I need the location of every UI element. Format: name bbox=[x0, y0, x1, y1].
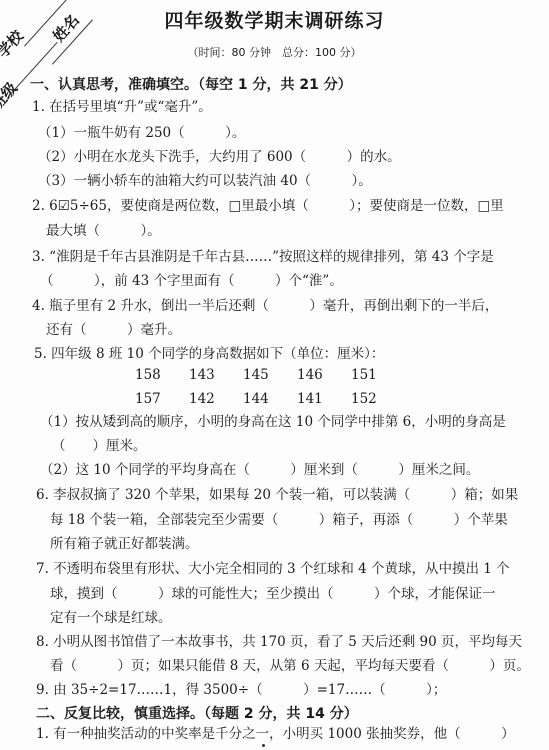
q6-line2: 每 18 个装一箱，全部装完至少需要（ ）箱子，再添（ ）个苹果 bbox=[50, 511, 508, 529]
q8-line2: 看（ ）页；如果只能借 8 天，从第 6 天起，平均每天要看（ ）页。 bbox=[50, 657, 530, 675]
height-value: 157 bbox=[135, 391, 189, 407]
q1-sub2: （2）小明在水龙头下洗手，大约用了 600（ ）的水。 bbox=[38, 148, 401, 166]
q2-line1: 2. 6☑5÷65，要使商是两位数，□里最小填（ ）；要使商是一位数，□里 bbox=[32, 197, 504, 215]
q7-line3: 定有一个球是红球。 bbox=[50, 609, 172, 627]
q1-stem: 1. 在括号里填“升”或“毫升”。 bbox=[32, 98, 212, 116]
q1-sub3: （3）一辆小轿车的油箱大约可以装汽油 40（ ）。 bbox=[38, 172, 372, 190]
section-2-heading: 二、反复比较，慎重选择。（每题 2 分，共 14 分） bbox=[36, 703, 358, 723]
height-value: 145 bbox=[243, 367, 297, 383]
q4-line2: 还有（ ）毫升。 bbox=[46, 321, 181, 339]
q5-sub2: （2）这 10 个同学的平均身高在（ ）厘米到（ ）厘米之间。 bbox=[40, 461, 479, 479]
height-value: 158 bbox=[135, 367, 189, 383]
s2-q1-line1: 1. 有一种抽奖活动的中奖率是千分之一，小明买 1000 张抽奖券，他（ ） bbox=[36, 725, 515, 743]
q8-line1: 8. 小明从图书馆借了一本故事书，共 170 页，看了 5 天后还剩 90 页，… bbox=[36, 633, 522, 651]
page-title: 四年级数学期末调研练习 bbox=[0, 6, 549, 33]
height-value: 144 bbox=[243, 391, 297, 407]
q2-line2: 最大填（ ）。 bbox=[46, 222, 161, 240]
q6-line3: 所有箱子就正好都装满。 bbox=[50, 535, 199, 553]
q6-line1: 6. 李叔叔摘了 320 个苹果，如果每 20 个装一箱，可以装满（ ）箱；如果 bbox=[36, 486, 518, 504]
q5-stem: 5. 四年级 8 班 10 个同学的身高数据如下（单位：厘米）： bbox=[34, 345, 384, 363]
height-value: 152 bbox=[351, 391, 405, 407]
height-value: 151 bbox=[351, 367, 405, 383]
section-1-heading: 一、认真思考，准确填空。（每空 1 分，共 21 分） bbox=[30, 74, 352, 94]
exam-info: （时间：80 分钟 总分：100 分） bbox=[0, 44, 549, 60]
height-value: 141 bbox=[297, 391, 351, 407]
q4-line1: 4. 瓶子里有 2 升水，倒出一半后还剩（ ）毫升，再倒出剩下的一半后， bbox=[32, 297, 498, 315]
q5-sub1-line1: （1）按从矮到高的顺序，小明的身高在这 10 个同学中排第 6，小明的身高是 bbox=[40, 413, 506, 431]
height-value: 143 bbox=[189, 367, 243, 383]
q1-sub1: （1）一瓶牛奶有 250（ ）。 bbox=[38, 124, 245, 142]
q3-line1: 3. “淮阴是千年古县淮阴是千年古县……”按照这样的规律排列，第 43 个字是 bbox=[32, 248, 494, 266]
q7-line2: 球，摸到（ ）球的可能性大；至少摸出（ ）个球，才能保证一 bbox=[50, 585, 496, 603]
height-value: 146 bbox=[297, 367, 351, 383]
height-value: 142 bbox=[189, 391, 243, 407]
q5-sub1-line2: （ ）厘米。 bbox=[52, 437, 147, 455]
q9-line1: 9. 由 35÷2=17……1，得 3500÷（ ）=17……（ ）； bbox=[36, 681, 446, 699]
heights-row-2: 157142144141152 bbox=[135, 391, 405, 407]
page-mark bbox=[262, 744, 265, 747]
heights-row-1: 158143145146151 bbox=[135, 367, 405, 383]
q3-line2: （ ），前 43 个字里面有（ ）个“淮”。 bbox=[40, 272, 343, 290]
q7-line1: 7. 不透明布袋里有形状、大小完全相同的 3 个红球和 4 个黄球，从中摸出 1… bbox=[36, 560, 510, 578]
